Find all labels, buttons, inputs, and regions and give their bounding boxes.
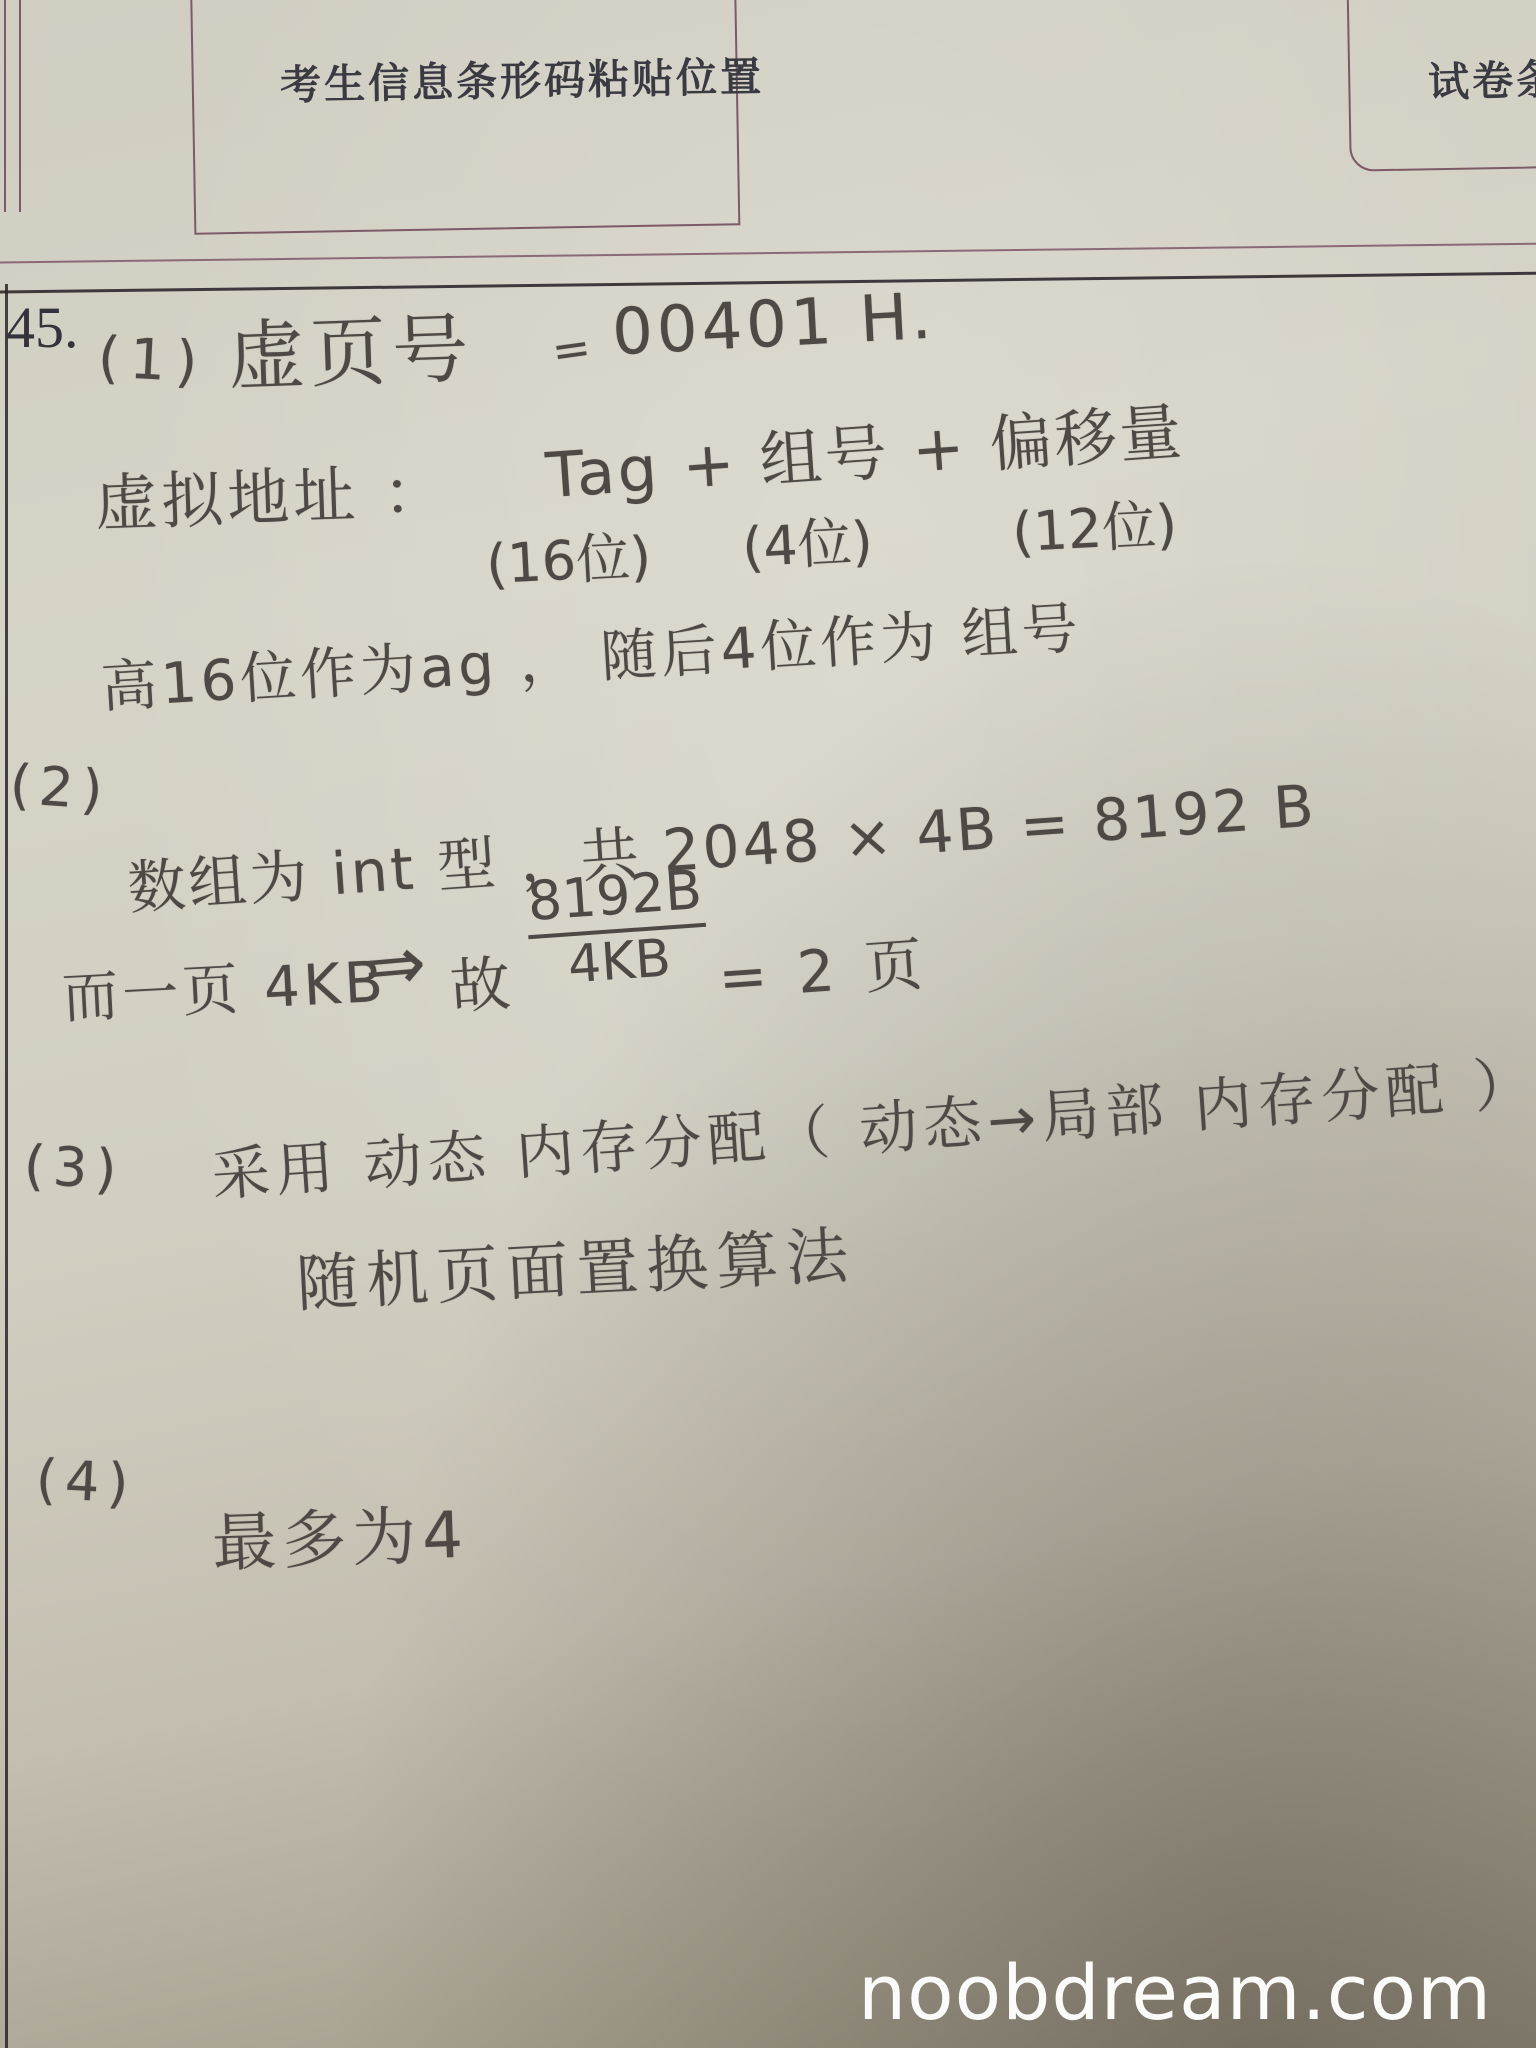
part3-replacement-line: 随机页面置换算法 (294, 1205, 858, 1323)
exam-barcode-box-label: 试卷条 (1427, 46, 1536, 108)
top-left-margin-line-inner (19, 0, 21, 212)
part2-fraction: 8192B 4KB (524, 862, 710, 995)
part1-group-width: (4位) (740, 499, 874, 583)
part1-virtual-address-lhs: 虚拟地址 ： (94, 442, 451, 543)
part2-implies-arrow: ⇒ (360, 919, 429, 1010)
watermark: noobdream.com (858, 1948, 1492, 2037)
part1-tag-width: (16位) (484, 514, 653, 600)
part1-virtual-page-equals: = (548, 320, 594, 379)
part2-label: (2) (8, 753, 113, 823)
top-left-margin-line-outer (4, 0, 6, 212)
header-rule-thin (0, 242, 1536, 263)
part2-therefore: 故 (447, 936, 513, 1026)
candidate-barcode-box-label: 考生信息条形码粘贴位置 (280, 44, 765, 111)
part1-offset-width: (12位) (1010, 482, 1179, 568)
part3-allocation-line: 采用 动态 内存分配（ 动态→局部 内存分配 ） (209, 1036, 1536, 1212)
part4-label: (4) (34, 1447, 138, 1515)
part1-explanation: 高16位作为ag ， 随后4位作为 组号 (98, 584, 1083, 724)
part2-page-line-prefix: 而一页 4KB (60, 938, 388, 1035)
part3-label: (3) (22, 1133, 126, 1201)
answer-sheet-photo: 考生信息条形码粘贴位置 试卷条 45. (1) 虚页号 = 00401 H. 虚… (0, 0, 1536, 2048)
part1-label: (1) (96, 325, 209, 396)
candidate-barcode-box (190, 0, 741, 235)
question-number: 45. (6, 294, 79, 361)
part2-page-line-result: = 2 页 (715, 917, 931, 1015)
part1-virtual-page-value: 00401 H. (610, 280, 937, 371)
part2-fraction-numerator: 8192B (526, 862, 704, 931)
left-page-border-line (5, 284, 8, 2048)
part1-virtual-page-lhs: 虚页号 (226, 288, 476, 406)
part4-answer-line: 最多为4 (210, 1484, 470, 1585)
part2-fraction-denominator: 4KB (566, 931, 672, 993)
part2-array-size-line: 数组为 int 型 ，共 2048 × 4B = 8192 B (125, 759, 1319, 926)
